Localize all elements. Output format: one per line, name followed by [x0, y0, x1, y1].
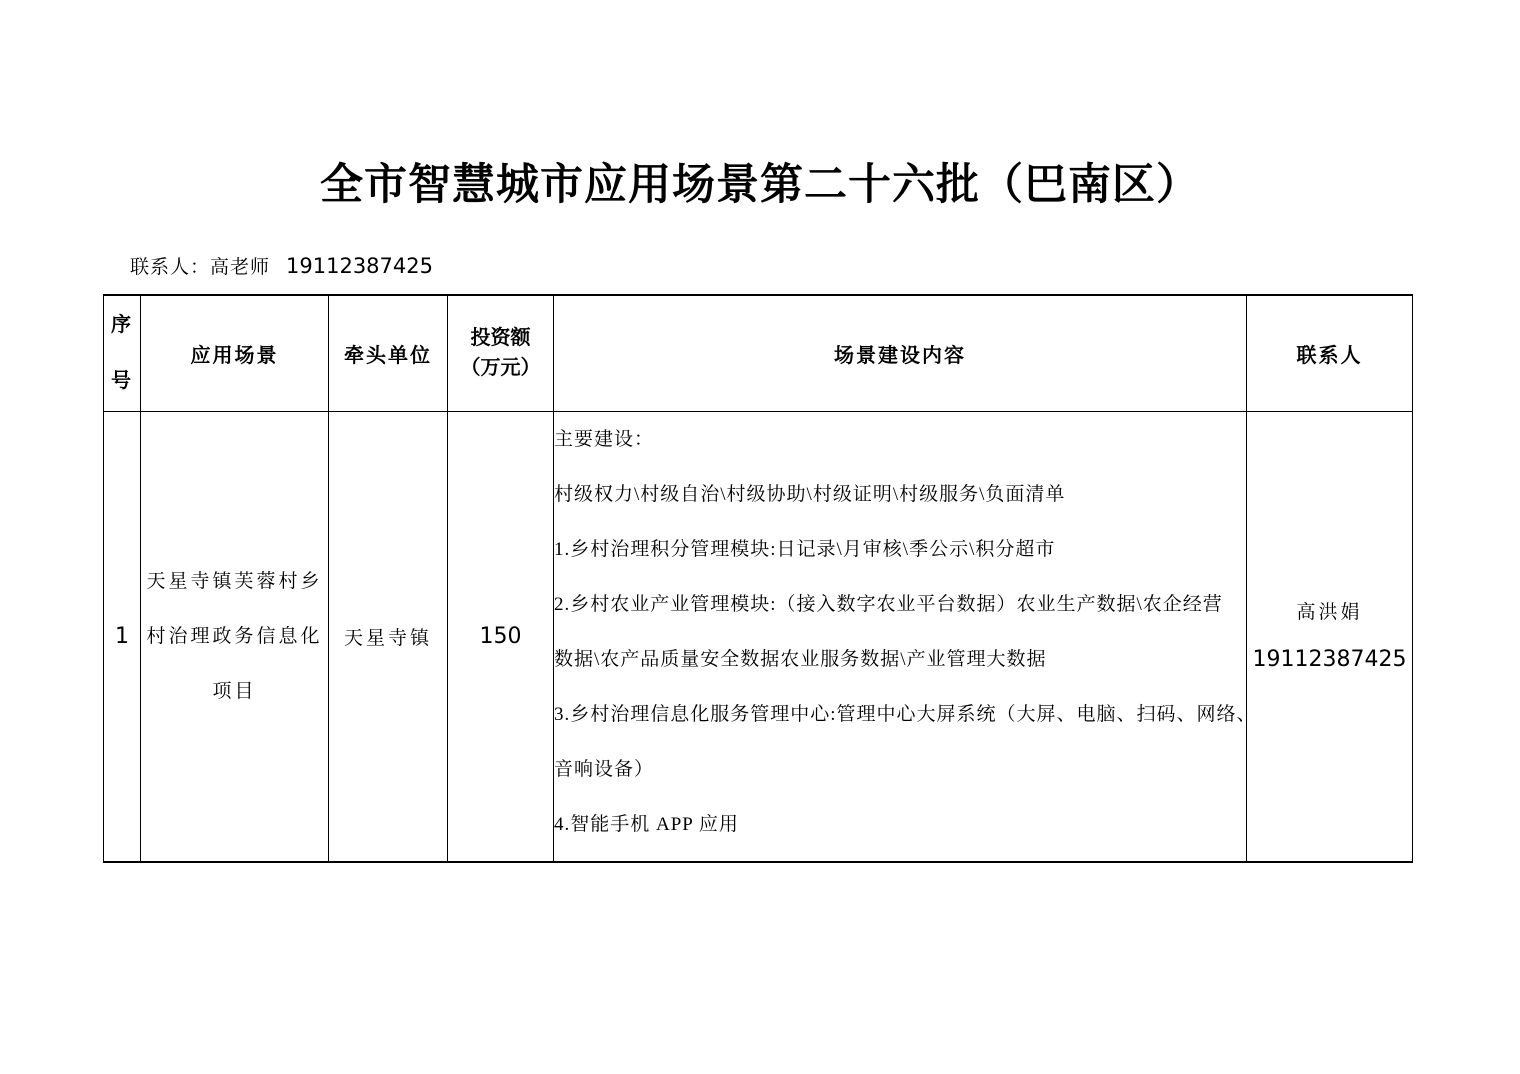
scene-name-line: 天星寺镇芙蓉村乡	[141, 554, 328, 609]
row-contact-name: 高洪娟	[1247, 589, 1412, 637]
header-seq-line2: 号	[104, 353, 140, 409]
scene-name-line: 项目	[141, 664, 328, 719]
content-line: 主要建设：	[554, 412, 1246, 467]
cell-contact: 高洪娟 19112387425	[1247, 411, 1413, 862]
table-header-row: 序 号 应用场景 牵头单位 投资额 （万元） 场景建设内容 联系人	[104, 295, 1413, 411]
content-line: 3.乡村治理信息化服务管理中心:管理中心大屏系统（大屏、电脑、扫码、网络、	[554, 687, 1246, 742]
contact-label: 联系人：高老师	[130, 257, 270, 278]
row-contact-phone: 19112387425	[1247, 637, 1412, 683]
content-line: 1.乡村治理积分管理模块:日记录\月审核\季公示\积分超市	[554, 522, 1246, 577]
header-scene: 应用场景	[141, 295, 329, 411]
header-seq-line1: 序	[104, 297, 140, 353]
content-line: 音响设备）	[554, 742, 1246, 797]
header-investment-line2: （万元）	[448, 353, 553, 383]
table-row: 1 天星寺镇芙蓉村乡 村治理政务信息化 项目 天星寺镇 150 主要建设： 村级…	[104, 411, 1413, 862]
cell-lead-unit: 天星寺镇	[329, 411, 448, 862]
cell-investment: 150	[448, 411, 554, 862]
document-title: 全市智慧城市应用场景第二十六批（巴南区）	[0, 0, 1520, 212]
cell-content: 主要建设： 村级权力\村级自治\村级协助\村级证明\村级服务\负面清单 1.乡村…	[554, 411, 1247, 862]
content-line: 数据\农产品质量安全数据农业服务数据\产业管理大数据	[554, 632, 1246, 687]
header-contact: 联系人	[1247, 295, 1413, 411]
header-investment-line1: 投资额	[448, 323, 553, 353]
header-seq: 序 号	[104, 295, 141, 411]
content-line: 4.智能手机 APP 应用	[554, 797, 1246, 852]
header-investment: 投资额 （万元）	[448, 295, 554, 411]
cell-seq: 1	[104, 411, 141, 862]
document-contact-line: 联系人：高老师19112387425	[130, 252, 1520, 282]
header-lead-unit: 牵头单位	[329, 295, 448, 411]
content-line: 村级权力\村级自治\村级协助\村级证明\村级服务\负面清单	[554, 467, 1246, 522]
document-page: 全市智慧城市应用场景第二十六批（巴南区） 联系人：高老师19112387425 …	[0, 0, 1520, 1074]
header-content: 场景建设内容	[554, 295, 1247, 411]
content-line: 2.乡村农业产业管理模块:（接入数字农业平台数据）农业生产数据\农企经营	[554, 577, 1246, 632]
cell-scene: 天星寺镇芙蓉村乡 村治理政务信息化 项目	[141, 411, 329, 862]
contact-phone: 19112387425	[286, 254, 433, 278]
scene-name-line: 村治理政务信息化	[141, 609, 328, 664]
scenario-table: 序 号 应用场景 牵头单位 投资额 （万元） 场景建设内容 联系人 1 天星寺镇…	[103, 294, 1413, 863]
